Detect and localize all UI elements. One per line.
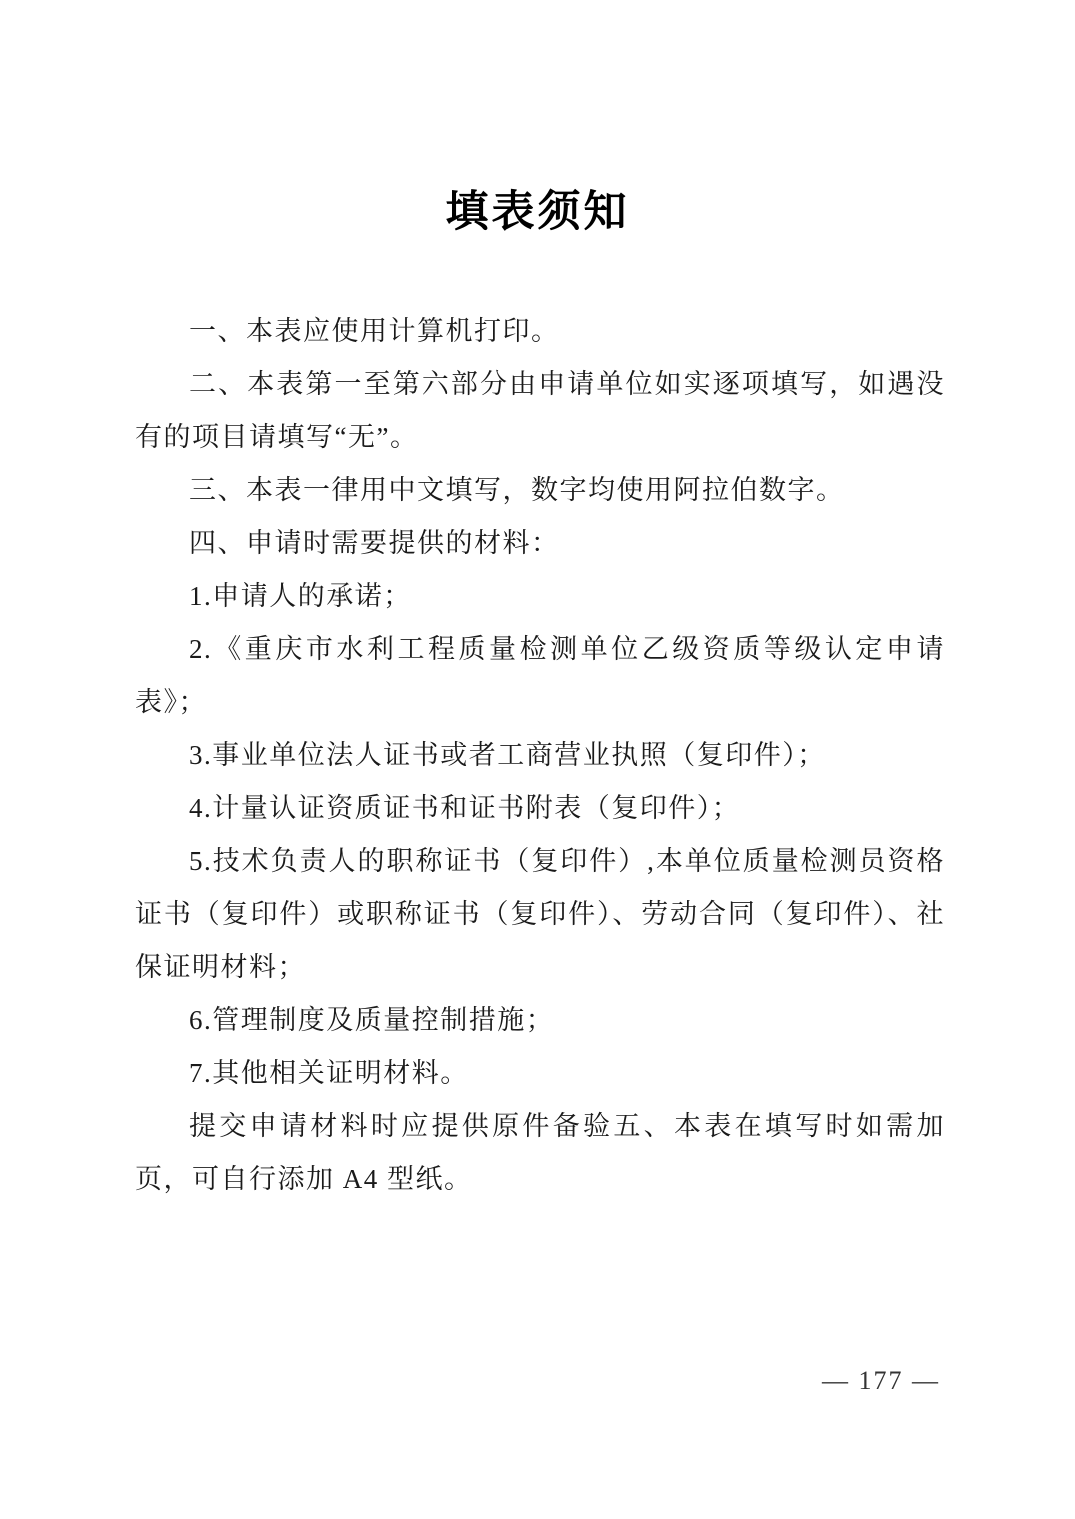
page-number: — 177 — <box>822 1366 940 1396</box>
material-item-1: 1.申请人的承诺； <box>135 570 945 623</box>
document-page: 填表须知 一、本表应使用计算机打印。 二、本表第一至第六部分由申请单位如实逐项填… <box>0 0 1075 1519</box>
closing-note: 提交申请材料时应提供原件备验五、本表在填写时如需加页，可自行添加 A4 型纸。 <box>135 1100 945 1206</box>
material-item-3: 3.事业单位法人证书或者工商营业执照（复印件）； <box>135 729 945 782</box>
instruction-item-1: 一、本表应使用计算机打印。 <box>135 305 945 358</box>
page-title: 填表须知 <box>0 0 1075 239</box>
material-item-4: 4.计量认证资质证书和证书附表（复印件）； <box>135 782 945 835</box>
material-item-7: 7.其他相关证明材料。 <box>135 1047 945 1100</box>
instructions-body: 一、本表应使用计算机打印。 二、本表第一至第六部分由申请单位如实逐项填写，如遇没… <box>135 305 945 1206</box>
material-item-2: 2.《重庆市水利工程质量检测单位乙级资质等级认定申请表》； <box>135 623 945 729</box>
material-item-6: 6.管理制度及质量控制措施； <box>135 994 945 1047</box>
material-item-5: 5.技术负责人的职称证书（复印件）,本单位质量检测员资格证书（复印件）或职称证书… <box>135 835 945 994</box>
instruction-item-4: 四、申请时需要提供的材料： <box>135 517 945 570</box>
instruction-item-2: 二、本表第一至第六部分由申请单位如实逐项填写，如遇没有的项目请填写“无”。 <box>135 358 945 464</box>
instruction-item-3: 三、本表一律用中文填写，数字均使用阿拉伯数字。 <box>135 464 945 517</box>
